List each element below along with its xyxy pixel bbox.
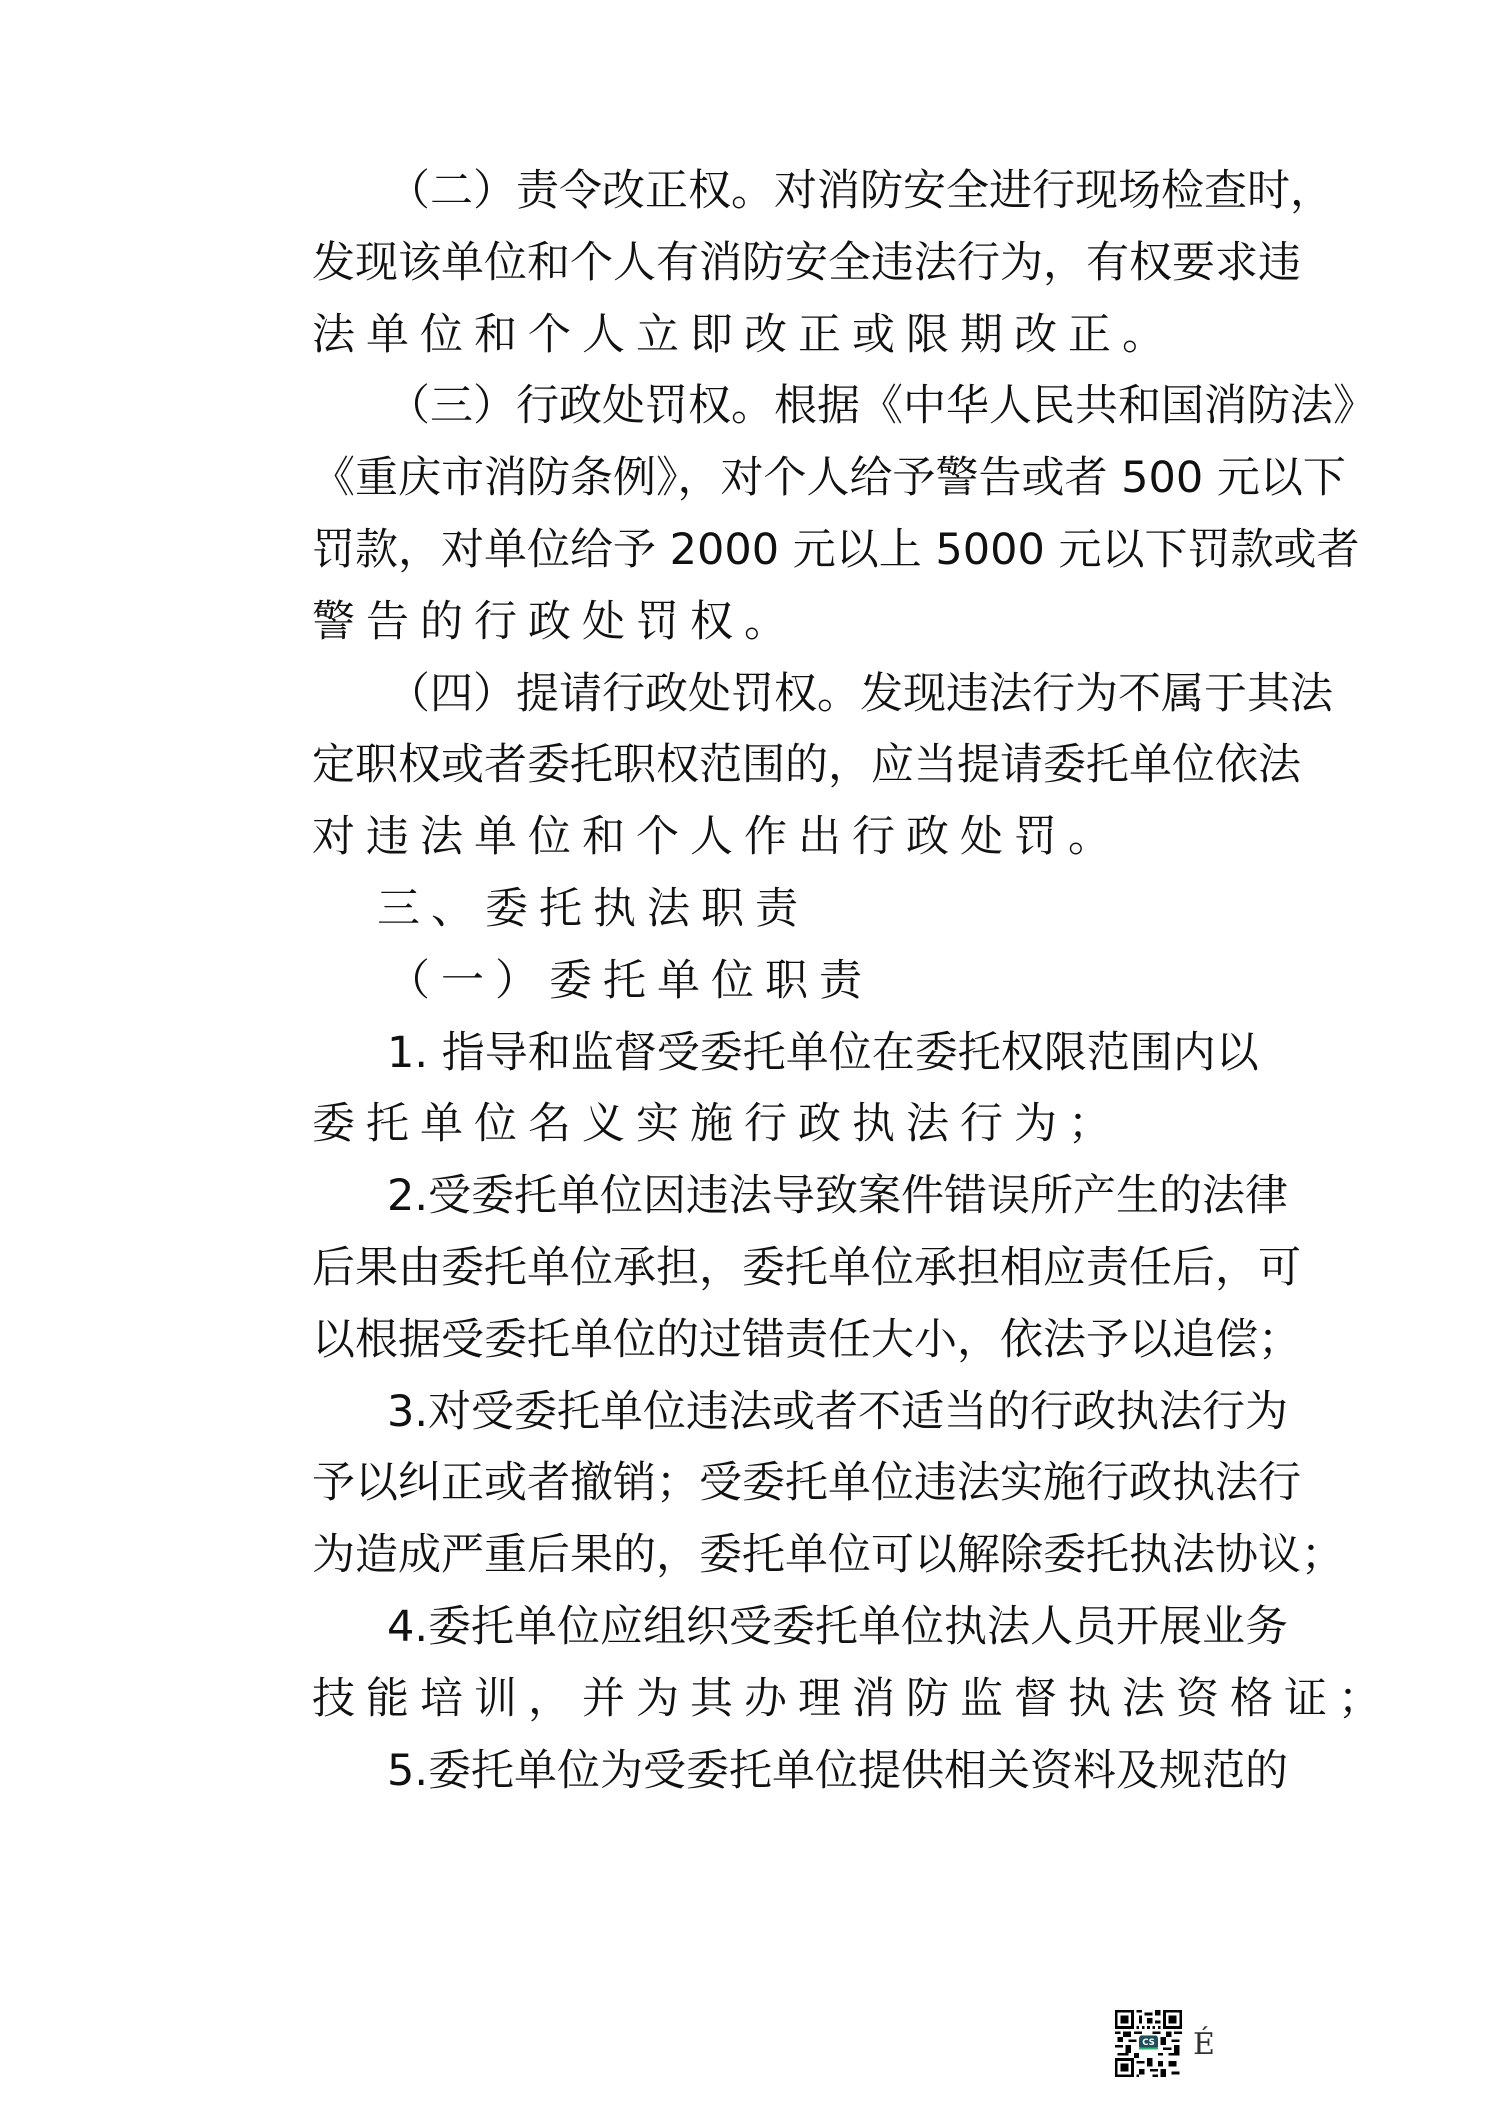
qr-logo-text: CS [1142, 2038, 1155, 2048]
list-item-line: 后果由委托单位承担，委托单位承担相应责任后，可 [312, 1233, 1250, 1305]
paragraph-line: 警告的行政处罚权。 [312, 587, 1250, 659]
paragraph-line: 法单位和个人立即改正或限期改正。 [312, 300, 1250, 372]
list-item-line: 5.委托单位为受委托单位提供相关资料及规范的 [312, 1736, 1250, 1808]
paragraph-line: 对违法单位和个人作出行政处罚。 [312, 802, 1250, 874]
section-heading: 三、委托执法职责 [312, 874, 1250, 946]
subsection-heading: （一）委托单位职责 [312, 946, 1250, 1018]
list-item-line: 3.对受委托单位违法或者不适当的行政执法行为 [312, 1377, 1250, 1449]
list-item-line: 为造成严重后果的，委托单位可以解除委托执法协议； [312, 1520, 1250, 1592]
qr-code-icon: CS [1115, 2010, 1182, 2077]
paragraph-line: 《重庆市消防条例》，对个人给予警告或者 500 元以下 [312, 443, 1250, 515]
paragraph-line: （二）责令改正权。对消防安全进行现场检查时， [312, 156, 1250, 228]
trailing-glyph: É [1193, 2028, 1215, 2062]
list-item-line: 2.受委托单位因违法导致案件错误所产生的法律 [312, 1161, 1250, 1233]
list-item-line: 委托单位名义实施行政执法行为； [312, 1089, 1250, 1161]
list-item-line: 4.委托单位应组织受委托单位执法人员开展业务 [312, 1592, 1250, 1664]
paragraph-line: 定职权或者委托职权范围的，应当提请委托单位依法 [312, 730, 1250, 802]
list-item-line: 以根据受委托单位的过错责任大小，依法予以追偿； [312, 1305, 1250, 1377]
document-page: （二）责令改正权。对消防安全进行现场检查时， 发现该单位和个人有消防安全违法行为… [0, 0, 1487, 2105]
paragraph-line: 发现该单位和个人有消防安全违法行为，有权要求违 [312, 228, 1250, 300]
list-item-line: 技能培训，并为其办理消防监督执法资格证； [312, 1664, 1250, 1736]
paragraph-line: （三）行政处罚权。根据《中华人民共和国消防法》 [312, 371, 1250, 443]
list-item-line: 予以纠正或者撤销；受委托单位违法实施行政执法行 [312, 1448, 1250, 1520]
list-item-line: 1. 指导和监督受委托单位在委托权限范围内以 [312, 1018, 1250, 1090]
paragraph-line: （四）提请行政处罚权。发现违法行为不属于其法 [312, 659, 1250, 731]
paragraph-line: 罚款，对单位给予 2000 元以上 5000 元以下罚款或者 [312, 515, 1250, 587]
document-body: （二）责令改正权。对消防安全进行现场检查时， 发现该单位和个人有消防安全违法行为… [312, 156, 1250, 1807]
